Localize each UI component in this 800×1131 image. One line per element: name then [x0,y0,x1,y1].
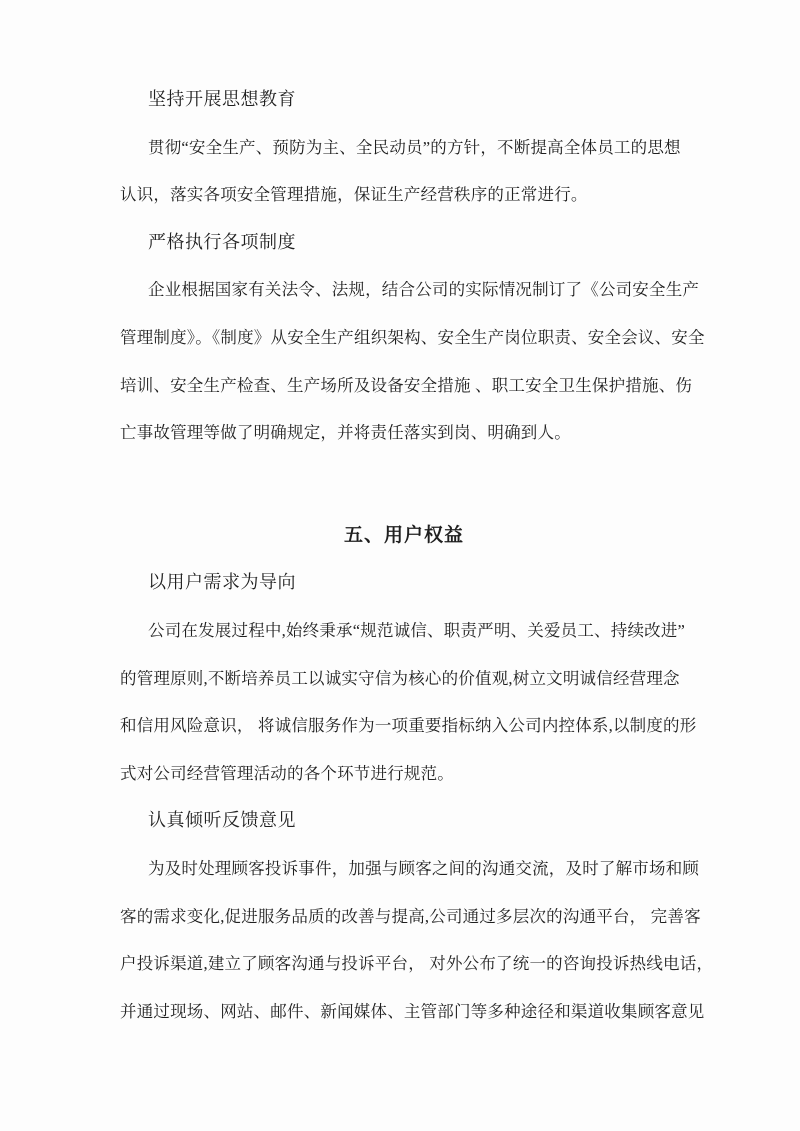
text-line: 认识，落实各项安全管理措施，保证生产经营秩序的正常进行。 [120,171,688,219]
paragraph-subheading: 以用户需求为导向 [120,559,688,607]
text-line: 为及时处理顾客投诉事件，加强与顾客之间的沟通交流，及时了解市场和顾 [120,845,688,893]
paragraph-subheading: 坚持开展思想教育 [120,76,688,124]
text-line: 贯彻“安全生产、预防为主、全民动员”的方针，不断提高全体员工的思想 [120,124,688,172]
text-line: 公司在发展过程中,始终秉承“规范诚信、职责严明、关爱员工、持续改进” [120,607,688,655]
text-line: 并通过现场、网站、邮件、新闻媒体、主管部门等多种途径和渠道收集顾客意见 [120,988,688,1036]
text-line: 和信用风险意识， 将诚信服务作为一项重要指标纳入公司内控体系,以制度的形 [120,702,688,750]
document-content: 坚持开展思想教育贯彻“安全生产、预防为主、全民动员”的方针，不断提高全体员工的思… [0,0,800,1035]
text-line: 管理制度》。《制度》从安全生产组织架构、安全生产岗位职责、安全会议、安全 [120,314,688,362]
text-line: 户投诉渠道,建立了顾客沟通与投诉平台， 对外公布了统一的咨询投诉热线电话， [120,940,688,988]
paragraph-subheading: 认真倾听反馈意见 [120,797,688,845]
paragraph-subheading: 严格执行各项制度 [120,219,688,267]
text-line: 企业根据国家有关法令、法规，结合公司的实际情况制订了《公司安全生产 [120,266,688,314]
text-line: 式对公司经营管理活动的各个环节进行规范。 [120,750,688,798]
section-heading: 五、用户权益 [120,512,688,560]
text-line: 的管理原则,不断培养员工以诚实守信为核心的价值观,树立文明诚信经营理念 [120,655,688,703]
text-line: 客的需求变化,促进服务品质的改善与提高,公司通过多层次的沟通平台， 完善客 [120,893,688,941]
text-line: 培训、安全生产检查、生产场所及设备安全措施 、职工安全卫生保护措施、伤 [120,362,688,410]
text-line: 亡事故管理等做了明确规定，并将责任落实到岗、明确到人。 [120,409,688,457]
document-page: 坚持开展思想教育贯彻“安全生产、预防为主、全民动员”的方针，不断提高全体员工的思… [0,0,800,1131]
